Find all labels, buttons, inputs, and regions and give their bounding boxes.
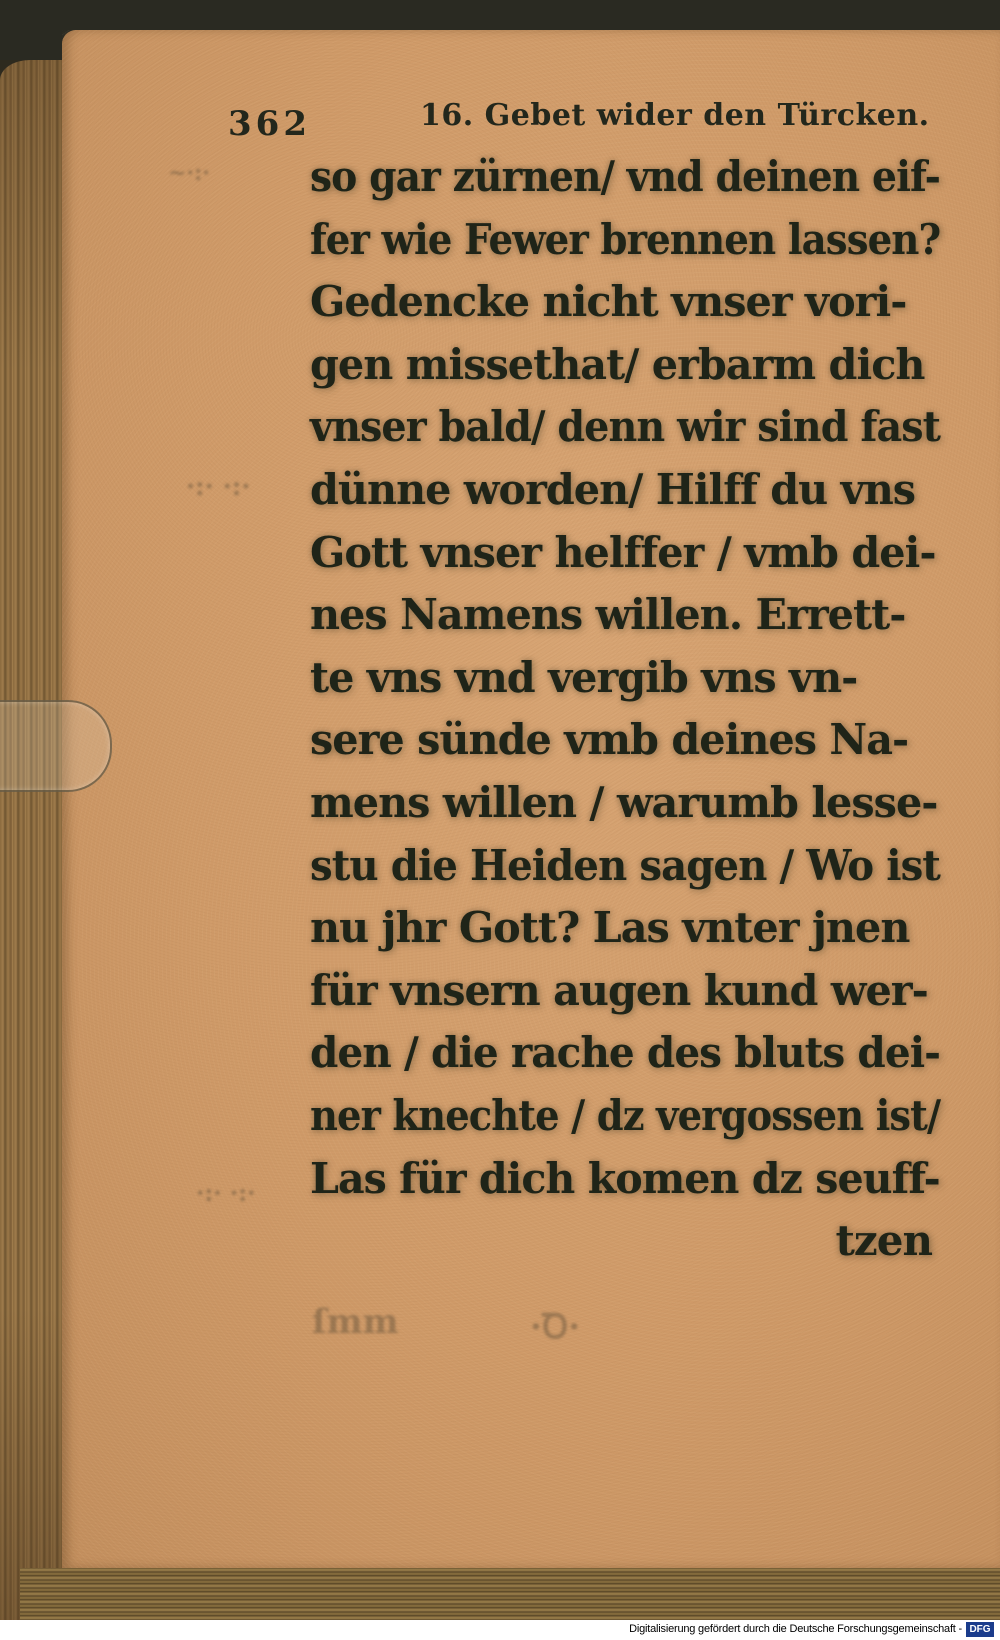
catchword: tzen: [310, 1210, 950, 1273]
text-line: mens willen / warumb lesse-: [310, 772, 940, 835]
page-number: 362: [228, 104, 311, 144]
text-line: nes Namens willen. Errett-: [310, 584, 940, 647]
digitization-footer: Digitalisierung gefördert durch die Deut…: [0, 1620, 1000, 1640]
text-line: fer wie Fewer brennen lassen?: [310, 209, 900, 272]
text-line: Las für dich komen dz seuff-: [310, 1148, 937, 1211]
text-line: gen missethat/ erbarm dich: [310, 334, 940, 397]
text-line: vnser bald/ denn wir sind fast: [310, 396, 914, 459]
body-text-block: so gar zürnen/ vnd deinen eif- fer wie F…: [310, 146, 950, 1273]
show-through-mark: ·Ꝺ·: [530, 1302, 580, 1348]
running-head-title: 16. Gebet wider den Türcken.: [420, 98, 930, 133]
book-bottom-edge: [20, 1568, 1000, 1620]
show-through-mark: ſmm: [312, 1302, 399, 1342]
scanned-book-page: ~·:· ·:· ·:· ·:· ·:· ſmm ·Ꝺ· 362 16. Geb…: [0, 0, 1000, 1620]
dfg-logo-icon: DFG: [966, 1622, 994, 1637]
text-line: stu die Heiden sagen / Wo ist: [310, 835, 924, 898]
show-through-mark: ·:· ·:·: [196, 1178, 256, 1207]
text-line: so gar zürnen/ vnd deinen eif-: [310, 146, 908, 209]
text-line: Gedencke nicht vnser vori-: [310, 271, 940, 334]
page-clip-holder: [0, 700, 112, 792]
text-line: für vnsern augen kund wer-: [310, 960, 940, 1023]
text-line: dünne worden/ Hilff du vns: [310, 459, 940, 522]
funding-credit-text: Digitalisierung gefördert durch die Deut…: [629, 1623, 962, 1635]
text-line: Gott vnser helffer / vmb dei-: [310, 522, 940, 585]
text-line: te vns vnd vergib vns vn-: [310, 647, 940, 710]
show-through-mark: ·:· ·:·: [186, 472, 250, 502]
text-line: sere sünde vmb deines Na-: [310, 709, 940, 772]
show-through-mark: ~·:·: [168, 160, 210, 186]
text-line: ner knechte / dz vergossen ist/: [310, 1085, 896, 1148]
text-line: den / die rache des bluts dei-: [310, 1022, 928, 1085]
text-line: nu jhr Gott? Las vnter jnen: [310, 897, 940, 960]
